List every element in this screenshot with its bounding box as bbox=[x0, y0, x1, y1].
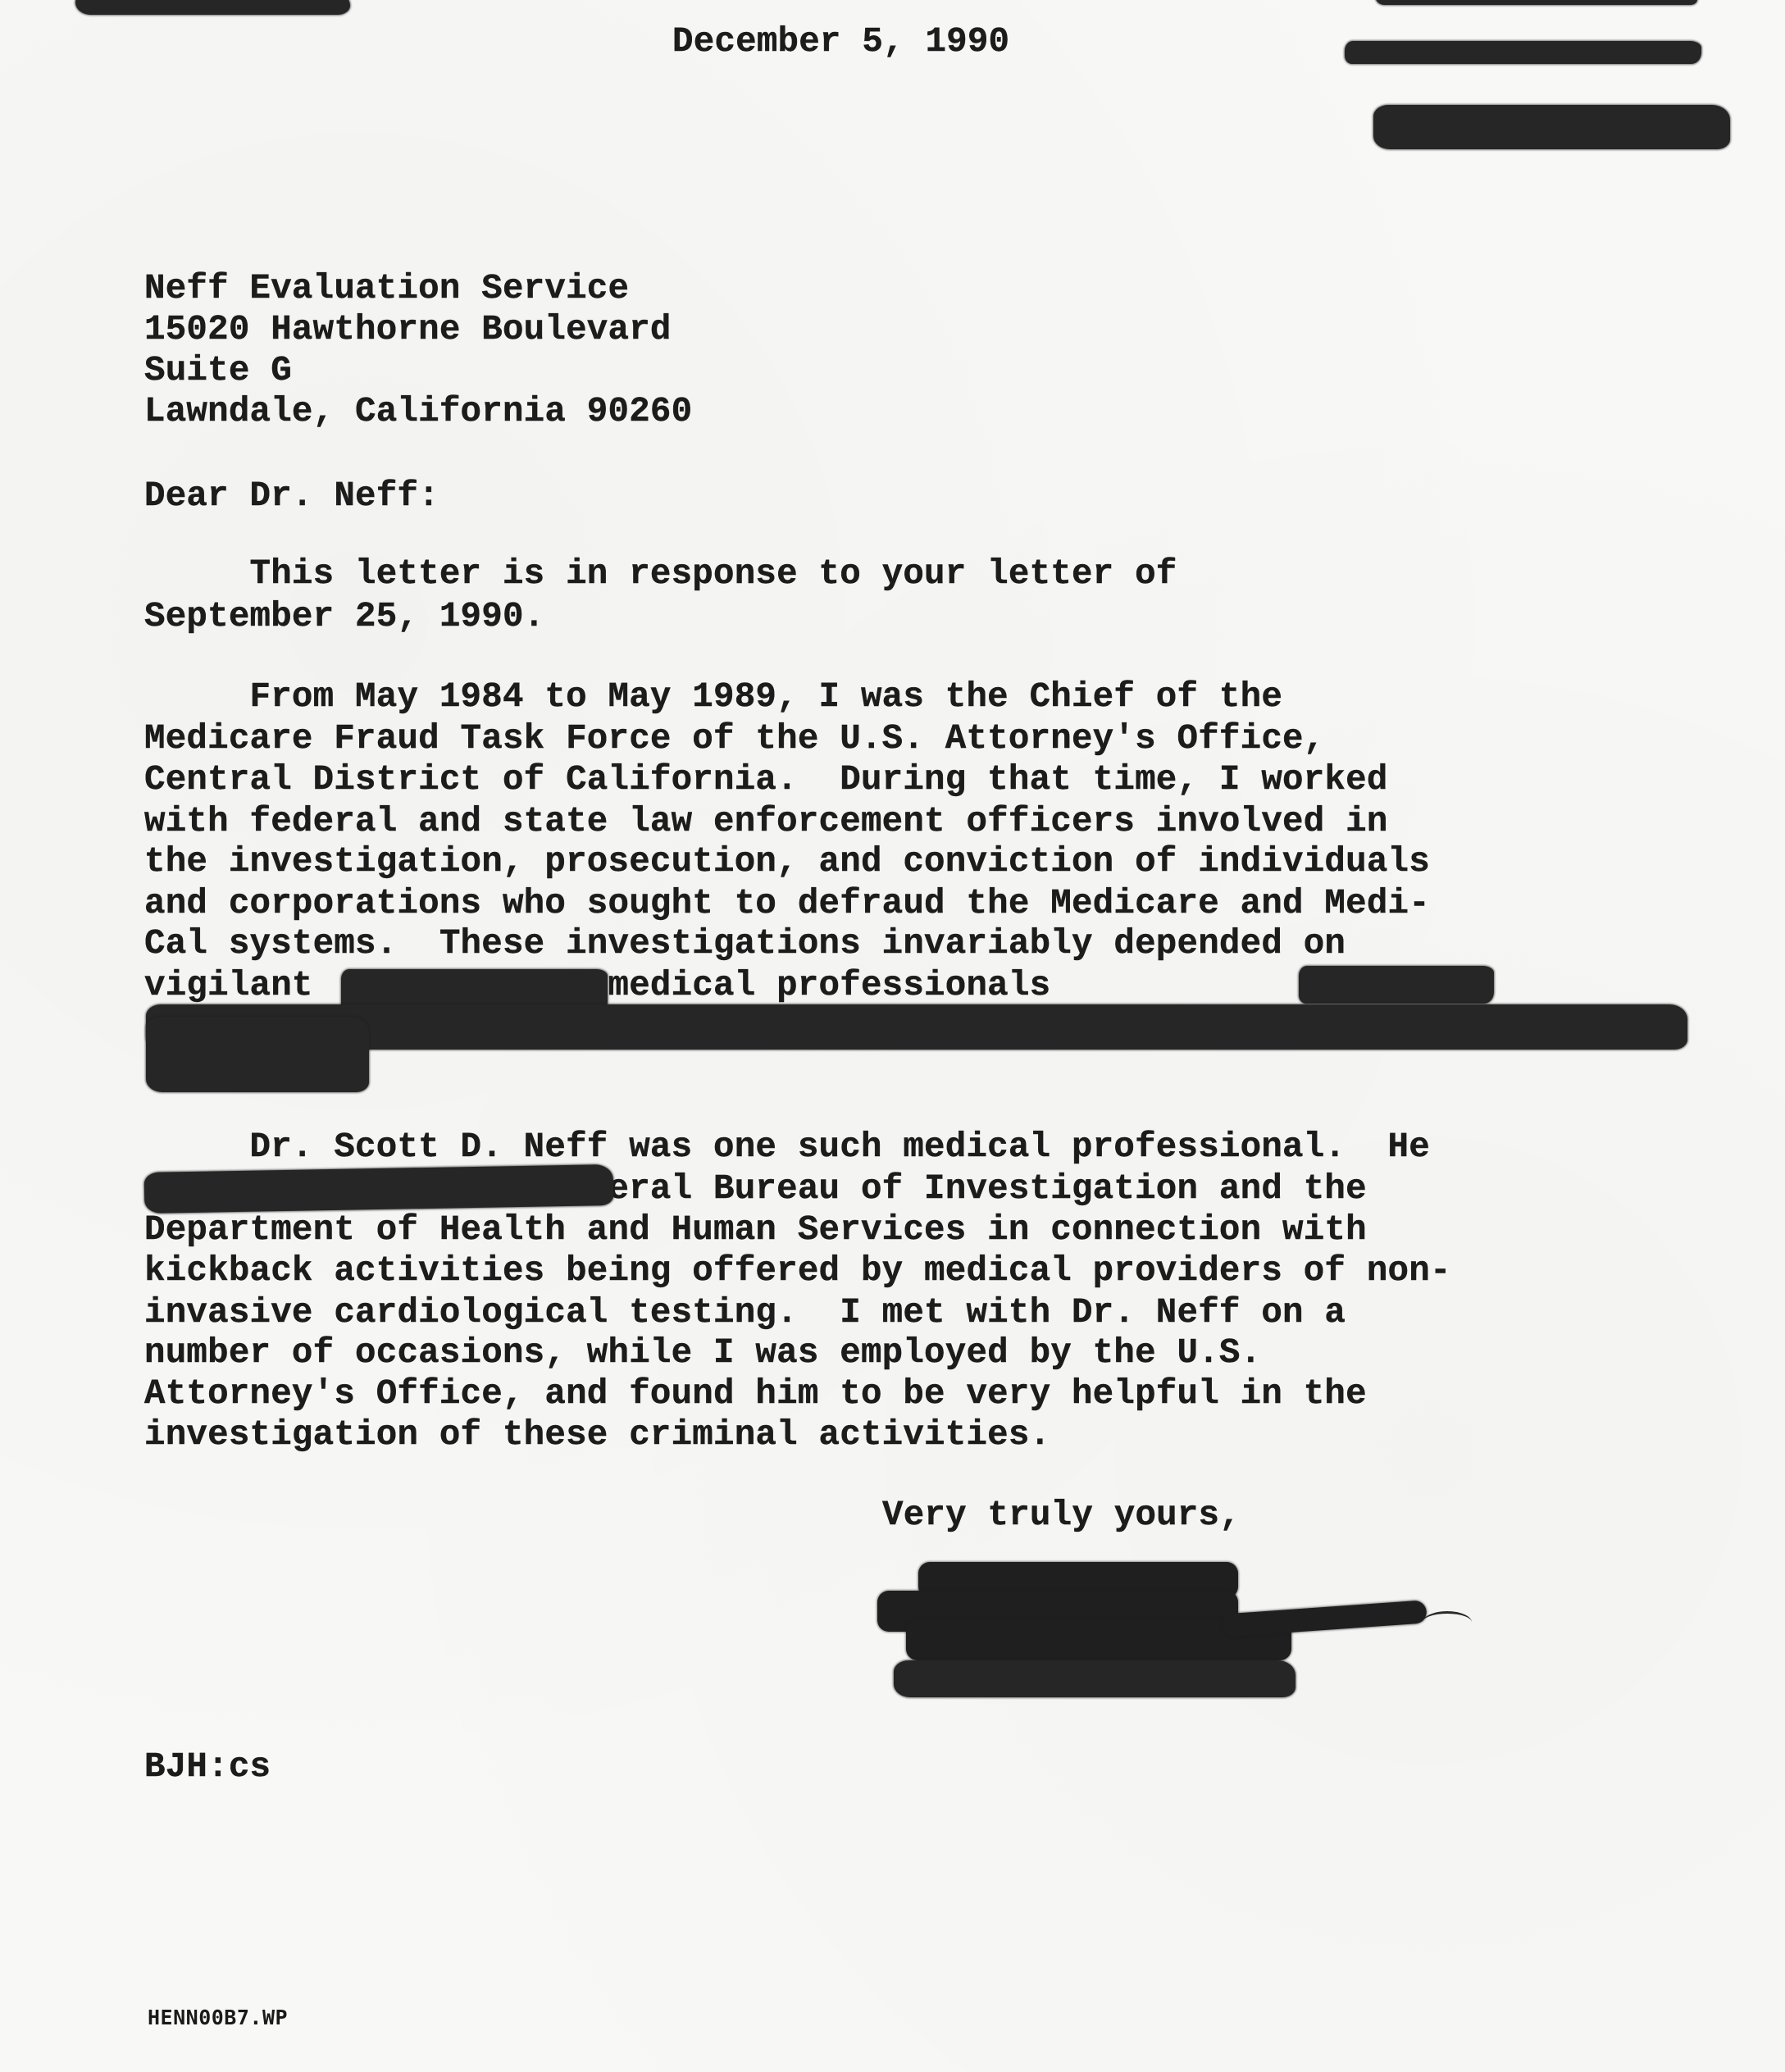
redaction-phone-number bbox=[1373, 105, 1730, 149]
letter-date: December 5, 1990 bbox=[672, 21, 1009, 62]
closing: Very truly yours, bbox=[882, 1495, 1241, 1536]
paragraph-line: September 25, 1990. bbox=[144, 596, 544, 637]
redaction-paragraph-2-line-9 bbox=[146, 1004, 1687, 1050]
redaction-direct-dial-label bbox=[1345, 41, 1701, 64]
recipient-line: Suite G bbox=[144, 350, 292, 391]
redaction-signer-name bbox=[894, 1660, 1295, 1697]
paragraph-line: Medicare Fraud Task Force of the U.S. At… bbox=[144, 718, 1324, 759]
redaction-paragraph-2-phrase-2 bbox=[1299, 966, 1494, 1004]
paragraph-line: Cal systems. These investigations invari… bbox=[144, 923, 1346, 964]
file-reference: HENN00B7.WP bbox=[148, 2006, 288, 2029]
redaction-letterhead-right-top bbox=[1376, 0, 1697, 5]
paragraph-line: Department of Health and Human Services … bbox=[144, 1209, 1367, 1250]
paragraph-line: investigation of these criminal activiti… bbox=[144, 1414, 1050, 1455]
recipient-line: Lawndale, California 90260 bbox=[144, 391, 692, 432]
paragraph-line: Attorney's Office, and found him to be v… bbox=[144, 1373, 1367, 1414]
paragraph-line: Central District of California. During t… bbox=[144, 759, 1388, 800]
redaction-paragraph-2-line-10 bbox=[146, 1017, 369, 1092]
paragraph-line: From May 1984 to May 1989, I was the Chi… bbox=[144, 676, 1282, 717]
redaction-letterhead-left bbox=[75, 0, 350, 15]
letter-page: December 5, 1990 Neff Evaluation Service… bbox=[0, 0, 1785, 2072]
recipient-line: 15020 Hawthorne Boulevard bbox=[144, 309, 672, 350]
paragraph-line: and corporations who sought to defraud t… bbox=[144, 883, 1430, 924]
typist-initials: BJH:cs bbox=[144, 1746, 271, 1787]
salutation: Dear Dr. Neff: bbox=[144, 476, 439, 517]
redaction-paragraph-3-phrase bbox=[144, 1164, 614, 1214]
paragraph-line: kickback activities being offered by med… bbox=[144, 1250, 1451, 1291]
recipient-line: Neff Evaluation Service bbox=[144, 268, 629, 309]
paragraph-line: the investigation, prosecution, and conv… bbox=[144, 841, 1430, 882]
paragraph-line: with federal and state law enforcement o… bbox=[144, 801, 1388, 842]
paragraph-line: This letter is in response to your lette… bbox=[144, 553, 1177, 594]
paragraph-line: invasive cardiological testing. I met wi… bbox=[144, 1292, 1346, 1333]
paragraph-line: Dr. Scott D. Neff was one such medical p… bbox=[144, 1127, 1430, 1168]
paragraph-line: number of occasions, while I was employe… bbox=[144, 1332, 1261, 1373]
